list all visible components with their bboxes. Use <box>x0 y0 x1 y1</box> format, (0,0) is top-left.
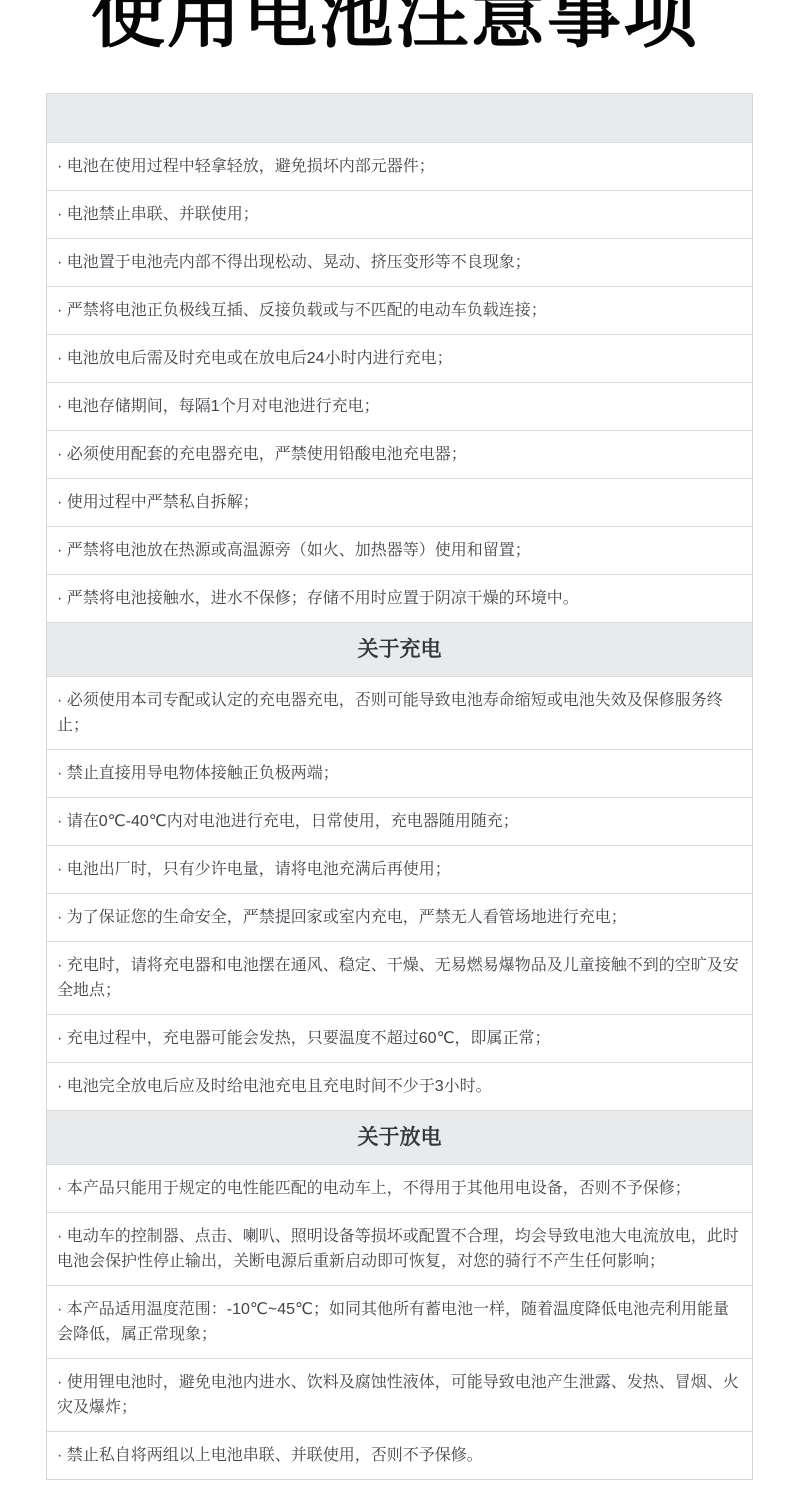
charging-item: · 电池完全放电后应及时给电池充电且充电时间不少于3小时。 <box>47 1062 752 1110</box>
table-empty-header-row <box>47 94 752 142</box>
battery-notice-table: · 电池在使用过程中轻拿轻放，避免损坏内部元器件； · 电池禁止串联、并联使用；… <box>46 93 753 1480</box>
charging-item: · 充电时，请将充电器和电池摆在通风、稳定、干燥、无易燃易爆物品及儿童接触不到的… <box>47 941 752 1014</box>
charging-item: · 电池出厂时，只有少许电量，请将电池充满后再使用； <box>47 845 752 893</box>
notice-item: · 严禁将电池正负极线互插、反接负载或与不匹配的电动车负载连接； <box>47 286 752 334</box>
notice-item: · 电池在使用过程中轻拿轻放，避免损坏内部元器件； <box>47 142 752 190</box>
charging-item: · 请在0℃-40℃内对电池进行充电，日常使用，充电器随用随充； <box>47 797 752 845</box>
discharging-item: · 电动车的控制器、点击、喇叭、照明设备等损坏或配置不合理，均会导致电池大电流放… <box>47 1212 752 1285</box>
notice-item: · 严禁将电池放在热源或高温源旁（如火、加热器等）使用和留置； <box>47 526 752 574</box>
section-heading-discharging: 关于放电 <box>47 1110 752 1164</box>
charging-item: · 为了保证您的生命安全，严禁提回家或室内充电，严禁无人看管场地进行充电； <box>47 893 752 941</box>
charging-item: · 禁止直接用导电物体接触正负极两端； <box>47 749 752 797</box>
notice-item: · 电池放电后需及时充电或在放电后24小时内进行充电； <box>47 334 752 382</box>
notice-item: · 电池禁止串联、并联使用； <box>47 190 752 238</box>
notice-item: · 使用过程中严禁私自拆解； <box>47 478 752 526</box>
charging-item: · 必须使用本司专配或认定的充电器充电，否则可能导致电池寿命缩短或电池失效及保修… <box>47 676 752 749</box>
section-heading-charging: 关于充电 <box>47 622 752 676</box>
notice-item: · 必须使用配套的充电器充电，严禁使用铅酸电池充电器； <box>47 430 752 478</box>
discharging-item: · 本产品只能用于规定的电性能匹配的电动车上，不得用于其他用电设备，否则不予保修… <box>47 1164 752 1212</box>
notice-item: · 电池置于电池壳内部不得出现松动、晃动、挤压变形等不良现象； <box>47 238 752 286</box>
discharging-item: · 使用锂电池时，避免电池内进水、饮料及腐蚀性液体，可能导致电池产生泄露、发热、… <box>47 1358 752 1431</box>
discharging-item: · 禁止私自将两组以上电池串联、并联使用，否则不予保修。 <box>47 1431 752 1479</box>
notice-item: · 严禁将电池接触水，进水不保修；存储不用时应置于阴凉干燥的环境中。 <box>47 574 752 622</box>
battery-notice-page: 使用电池注意事项 · 电池在使用过程中轻拿轻放，避免损坏内部元器件； · 电池禁… <box>0 0 790 1490</box>
notice-item: · 电池存储期间，每隔1个月对电池进行充电； <box>47 382 752 430</box>
charging-item: · 充电过程中，充电器可能会发热，只要温度不超过60℃，即属正常； <box>47 1014 752 1062</box>
discharging-item: · 本产品适用温度范围：-10℃~45℃；如同其他所有蓄电池一样，随着温度降低电… <box>47 1285 752 1358</box>
page-title: 使用电池注意事项 <box>0 0 790 52</box>
